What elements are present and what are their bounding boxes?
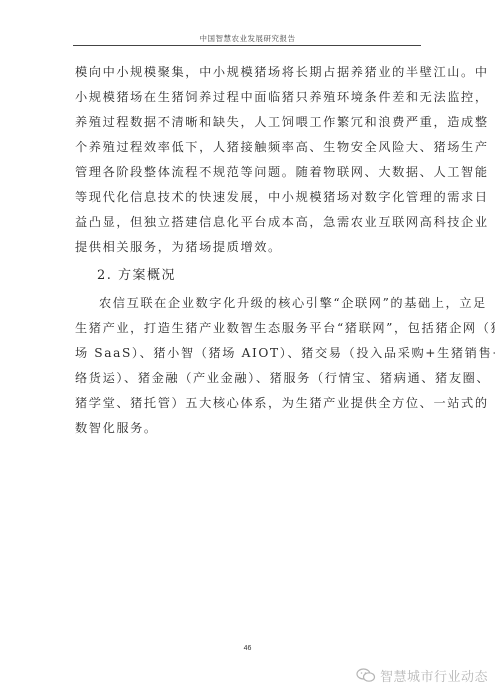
paragraph-1: 模向中小规模聚集，中小规模猪场将长期占据养猪业的半壁江山。中 小规模猪场在生猪饲… — [75, 60, 421, 260]
watermark: 智慧城市行业动态 — [356, 666, 488, 685]
text-line: 益凸显，但独立搭建信息化平台成本高，急需农业互联网高科技企业 — [75, 210, 421, 235]
text-line: 个养殖过程效率低下，人猪接触频率高、生物安全风险大、猪场生产 — [75, 135, 421, 160]
text-line: 场 SaaS）、猪小智（猪场 AIOT）、猪交易（投入品采购+生猪销售+网 — [75, 341, 421, 366]
text-line: 络货运）、猪金融（产业金融）、猪服务（行情宝、猪病通、猪友圈、 — [75, 366, 421, 391]
text-line: 管理各阶段整体流程不规范等问题。随着物联网、大数据、人工智能 — [75, 160, 421, 185]
text-line: 养殖过程数据不清晰和缺失，人工饲喂工作繁冗和浪费严重，造成整 — [75, 110, 421, 135]
text-line: 提供相关服务，为猪场提质增效。 — [75, 235, 421, 260]
report-title: 中国智慧农业发展研究报告 — [0, 33, 495, 44]
text-line: 模向中小规模聚集，中小规模猪场将长期占据养猪业的半壁江山。中 — [75, 60, 421, 85]
text-line: 农信互联在企业数字化升级的核心引擎“企联网”的基础上，立足 — [75, 291, 421, 316]
text-line: 猪学堂、猪托管）五大核心体系，为生猪产业提供全方位、一站式的 — [75, 391, 421, 416]
text-line: 生猪产业，打造生猪产业数智生态服务平台“猪联网”，包括猪企网（猪 — [75, 316, 421, 341]
section-heading: 2. 方案概况 — [97, 264, 176, 283]
text-line: 数智化服务。 — [75, 416, 421, 441]
header-divider — [73, 45, 421, 46]
watermark-text: 智慧城市行业动态 — [380, 666, 488, 685]
wechat-icon — [356, 668, 376, 683]
page-number: 46 — [0, 645, 495, 652]
paragraph-2: 农信互联在企业数字化升级的核心引擎“企联网”的基础上，立足 生猪产业，打造生猪产… — [75, 291, 421, 441]
text-line: 等现代化信息技术的快速发展，中小规模猪场对数字化管理的需求日 — [75, 185, 421, 210]
text-line: 小规模猪场在生猪饲养过程中面临猪只养殖环境条件差和无法监控， — [75, 85, 421, 110]
